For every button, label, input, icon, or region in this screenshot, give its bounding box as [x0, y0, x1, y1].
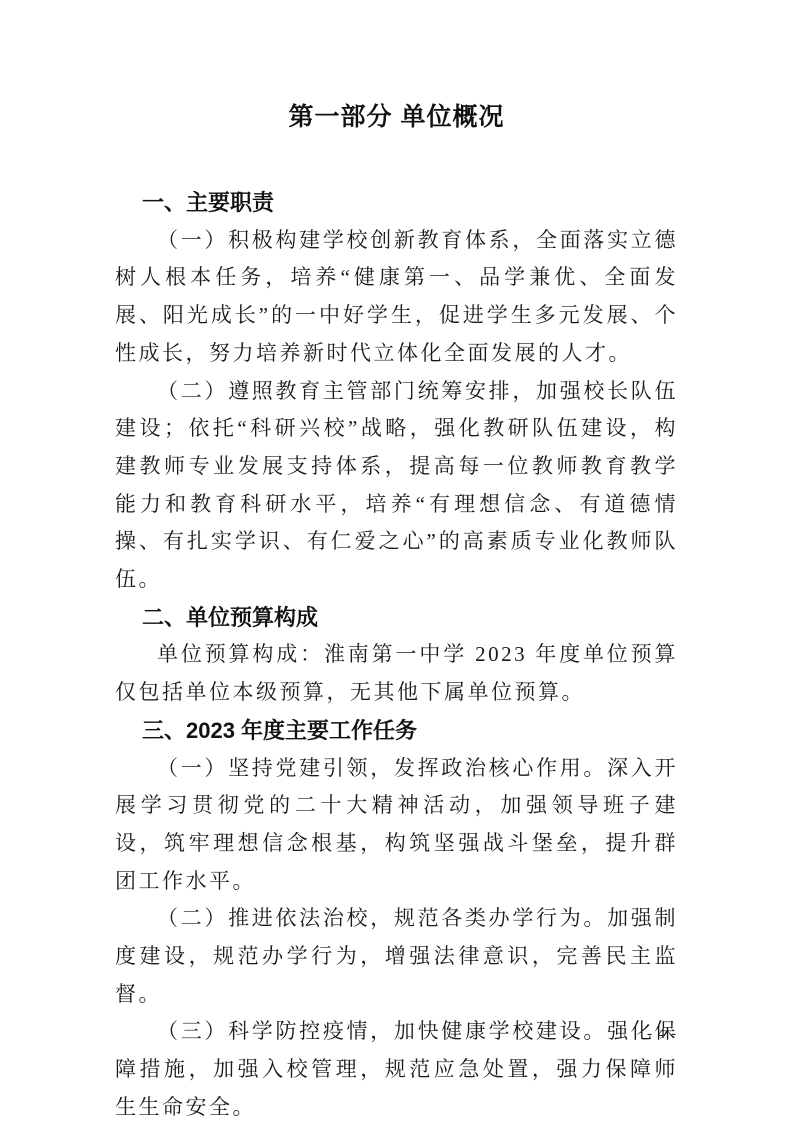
section-work-tasks: 三、2023 年度主要工作任务 （一）坚持党建引领，发挥政治核心作用。深入开展学… [115, 712, 678, 1122]
paragraph: （一）积极构建学校创新教育体系，全面落实立德树人根本任务，培养“健康第一、品学兼… [115, 222, 678, 373]
section-heading-work-tasks: 三、2023 年度主要工作任务 [115, 712, 678, 750]
section-heading-budget-composition: 二、单位预算构成 [115, 599, 678, 637]
section-budget-composition: 二、单位预算构成 单位预算构成：淮南第一中学 2023 年度单位预算仅包括单位本… [115, 599, 678, 712]
document-content: 第一部分 单位概况 一、主要职责 （一）积极构建学校创新教育体系，全面落实立德树… [115, 100, 678, 1122]
section-heading-main-duties: 一、主要职责 [115, 184, 678, 222]
paragraph: （一）坚持党建引领，发挥政治核心作用。深入开展学习贯彻党的二十大精神活动，加强领… [115, 750, 678, 901]
section-main-duties: 一、主要职责 （一）积极构建学校创新教育体系，全面落实立德树人根本任务，培养“健… [115, 184, 678, 599]
page-number: - 4 - [647, 1026, 677, 1043]
paragraph: （二）遵照教育主管部门统筹安排，加强校长队伍建设；依托“科研兴校”战略，强化教研… [115, 373, 678, 599]
document-page: 第一部分 单位概况 一、主要职责 （一）积极构建学校创新教育体系，全面落实立德树… [0, 0, 793, 1122]
paragraph: 单位预算构成：淮南第一中学 2023 年度单位预算仅包括单位本级预算，无其他下属… [115, 636, 678, 711]
page-title: 第一部分 单位概况 [115, 100, 678, 134]
paragraph: （二）推进依法治校，规范各类办学行为。加强制度建设，规范办学行为，增强法律意识，… [115, 900, 678, 1013]
paragraph: （三）科学防控疫情，加快健康学校建设。强化保障措施，加强入校管理，规范应急处置，… [115, 1013, 678, 1122]
